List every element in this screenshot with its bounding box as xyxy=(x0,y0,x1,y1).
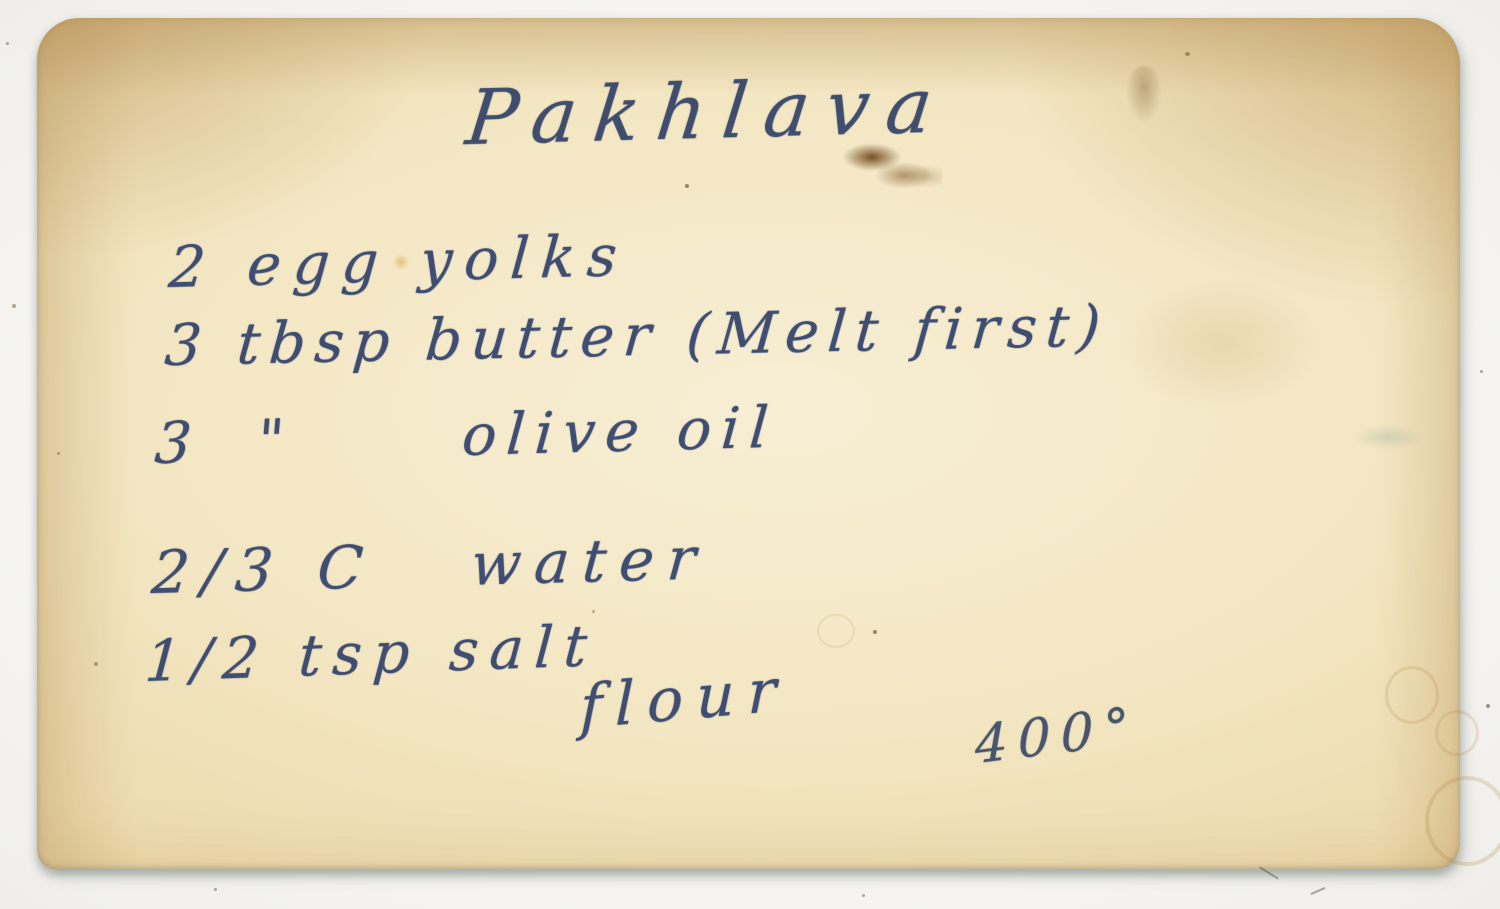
dust-speck xyxy=(1486,704,1490,708)
ingredient-line-water: 2/3 C water xyxy=(150,528,711,602)
ingredient-line-egg-yolks: 2 egg yolks xyxy=(167,228,631,297)
oven-temperature-note: 400° xyxy=(975,700,1140,772)
water-ring-stain xyxy=(1435,710,1479,756)
flour-annotation: flour xyxy=(579,660,789,739)
paper-speck xyxy=(685,184,689,188)
dust-speck xyxy=(94,662,98,666)
water-ring-stain xyxy=(817,614,855,648)
drip-stain xyxy=(1127,66,1161,122)
water-ring-stain xyxy=(1385,666,1439,724)
dust-speck xyxy=(862,894,865,897)
paper-speck xyxy=(873,630,877,634)
ingredient-line-olive-oil: 3 " olive oil xyxy=(153,400,780,473)
faint-age-stain xyxy=(1127,278,1317,408)
recipe-card: Pakhlava 2 egg yolks 3 tbsp butter (Melt… xyxy=(37,18,1460,870)
recipe-title-handwriting: Pakhlava xyxy=(463,67,953,156)
dust-speck xyxy=(1480,370,1483,373)
water-ring-stain xyxy=(1425,776,1500,866)
ingredient-line-butter: 3 tbsp butter (Melt first) xyxy=(163,298,1112,375)
ingredient-line-salt: 1/2 tsp salt xyxy=(143,618,600,691)
blue-smudge-stain xyxy=(1355,426,1421,448)
dust-speck xyxy=(6,42,9,45)
dust-hair xyxy=(1310,887,1325,895)
scanner-background: Pakhlava 2 egg yolks 3 tbsp butter (Melt… xyxy=(0,0,1500,909)
corner-age-shade-top-right xyxy=(1000,18,1460,318)
dust-speck xyxy=(57,452,60,455)
dust-speck xyxy=(214,888,217,891)
dust-speck xyxy=(12,304,16,308)
paper-speck xyxy=(1185,52,1190,56)
